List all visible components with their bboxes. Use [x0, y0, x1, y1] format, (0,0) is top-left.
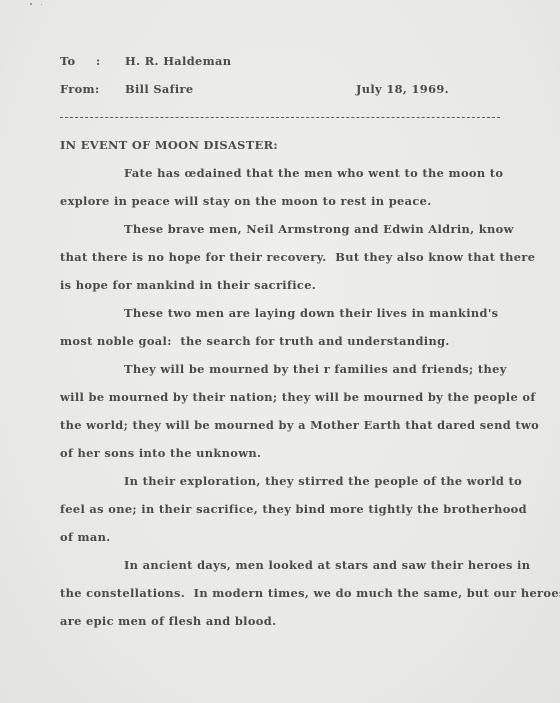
to-value: H. R. Haldeman	[125, 54, 231, 68]
paragraph-line: that there is no hope for their recovery…	[60, 250, 535, 264]
paper-speck	[30, 3, 32, 5]
memo-date: July 18, 1969.	[356, 82, 449, 96]
paragraph-line: feel as one; in their sacrifice, they bi…	[60, 502, 527, 516]
paragraph-line: most noble goal: the search for truth an…	[60, 334, 450, 348]
paragraph-first-line: These brave men, Neil Armstrong and Edwi…	[124, 222, 514, 236]
from-label: From:	[60, 82, 100, 96]
paragraph-first-line: They will be mourned by thei r families …	[124, 362, 507, 376]
from-value: Bill Safire	[125, 82, 194, 96]
paragraph-line: is hope for mankind in their sacrifice.	[60, 278, 316, 292]
paper-speck	[41, 4, 42, 5]
paragraph-line: of man.	[60, 530, 111, 544]
paragraph-first-line: These two men are laying down their live…	[124, 306, 498, 320]
paragraph-line: explore in peace will stay on the moon t…	[60, 194, 432, 208]
separator-line	[60, 117, 500, 118]
paragraph-first-line: In ancient days, men looked at stars and…	[124, 558, 530, 572]
memo-page: To : H. R. Haldeman From: Bill Safire Ju…	[0, 0, 560, 703]
paragraph-line: will be mourned by their nation; they wi…	[60, 390, 536, 404]
to-colon: :	[96, 54, 101, 68]
paragraph-line: of her sons into the unknown.	[60, 446, 261, 460]
to-label: To	[60, 54, 75, 68]
paragraph-first-line: In their exploration, they stirred the p…	[124, 474, 522, 488]
heading: IN EVENT OF MOON DISASTER:	[60, 138, 278, 152]
paragraph-line: the world; they will be mourned by a Mot…	[60, 418, 539, 432]
paragraph-line: the constellations. In modern times, we …	[60, 586, 560, 600]
paragraph-line: are epic men of flesh and blood.	[60, 614, 276, 628]
paragraph-first-line: Fate has œdained that the men who went t…	[124, 166, 503, 180]
